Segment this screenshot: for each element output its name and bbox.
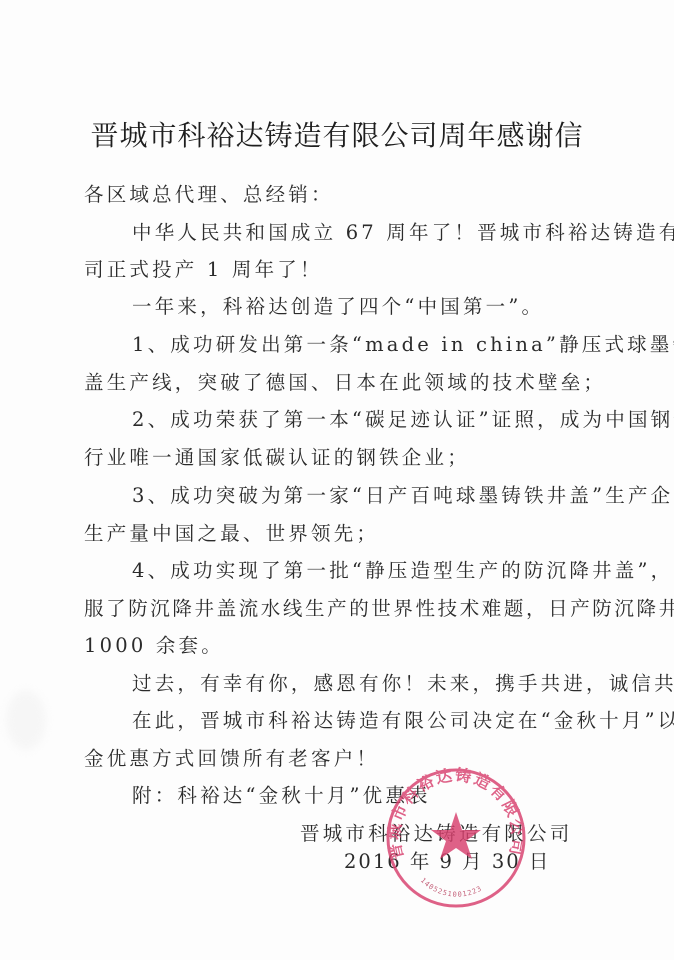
body-line: 3、成功突破为第一家“日产百吨球墨铸铁井盖”生产企业， (132, 483, 644, 509)
body-line: 盖生产线，突破了德国、日本在此领域的技术壁垒； (84, 370, 596, 396)
stamp-ring-text: 晋城市科裕达铸造有限公司 (384, 766, 527, 861)
body-line: 一年来，科裕达创造了四个“中国第一”。 (132, 294, 644, 320)
body-line: 行业唯一通国家低碳认证的钢铁企业； (84, 445, 596, 471)
appendix-note: 附：科裕达“金秋十月”优惠表 (132, 783, 644, 809)
letter-title: 晋城市科裕达铸造有限公司周年感谢信 (0, 118, 674, 154)
svg-text:晋城市科裕达铸造有限公司: 晋城市科裕达铸造有限公司 (384, 766, 527, 861)
body-line: 在此，晋城市科裕达铸造有限公司决定在“金秋十月”以现 (132, 708, 644, 734)
body-line: 1000 余套。 (84, 633, 596, 659)
body-line: 生产量中国之最、世界领先； (84, 521, 596, 547)
body-line: 金优惠方式回馈所有老客户！ (84, 746, 596, 772)
body-line: 过去，有幸有你，感恩有你！未来，携手共进，诚信共赢！ (132, 671, 644, 697)
body-line: 1、成功研发出第一条“made in china”静压式球墨铸铁井 (132, 332, 644, 358)
salutation: 各区域总代理、总经销： (84, 182, 596, 208)
signature-date: 2016 年 9 月 30 日 (344, 849, 550, 875)
body-line: 中华人民共和国成立 67 周年了！晋城市科裕达铸造有限公 (132, 220, 644, 246)
scan-smudge (6, 690, 46, 750)
body-line: 2、成功荣获了第一本“碳足迹认证”证照，成为中国钢铁 (132, 407, 644, 433)
stamp-code: 1405251001223 (419, 876, 484, 898)
signature-company: 晋城市科裕达铸造有限公司 (300, 821, 572, 847)
body-line: 司正式投产 1 周年了！ (84, 257, 596, 283)
letter-page: 晋城市科裕达铸造有限公司周年感谢信 各区域总代理、总经销： 中华人民共和国成立 … (0, 0, 674, 960)
body-line: 服了防沉降井盖流水线生产的世界性技术难题，日产防沉降井盖 (84, 596, 596, 622)
body-line: 4、成功实现了第一批“静压造型生产的防沉降井盖”，克 (132, 558, 644, 584)
svg-text:1405251001223: 1405251001223 (419, 876, 484, 898)
